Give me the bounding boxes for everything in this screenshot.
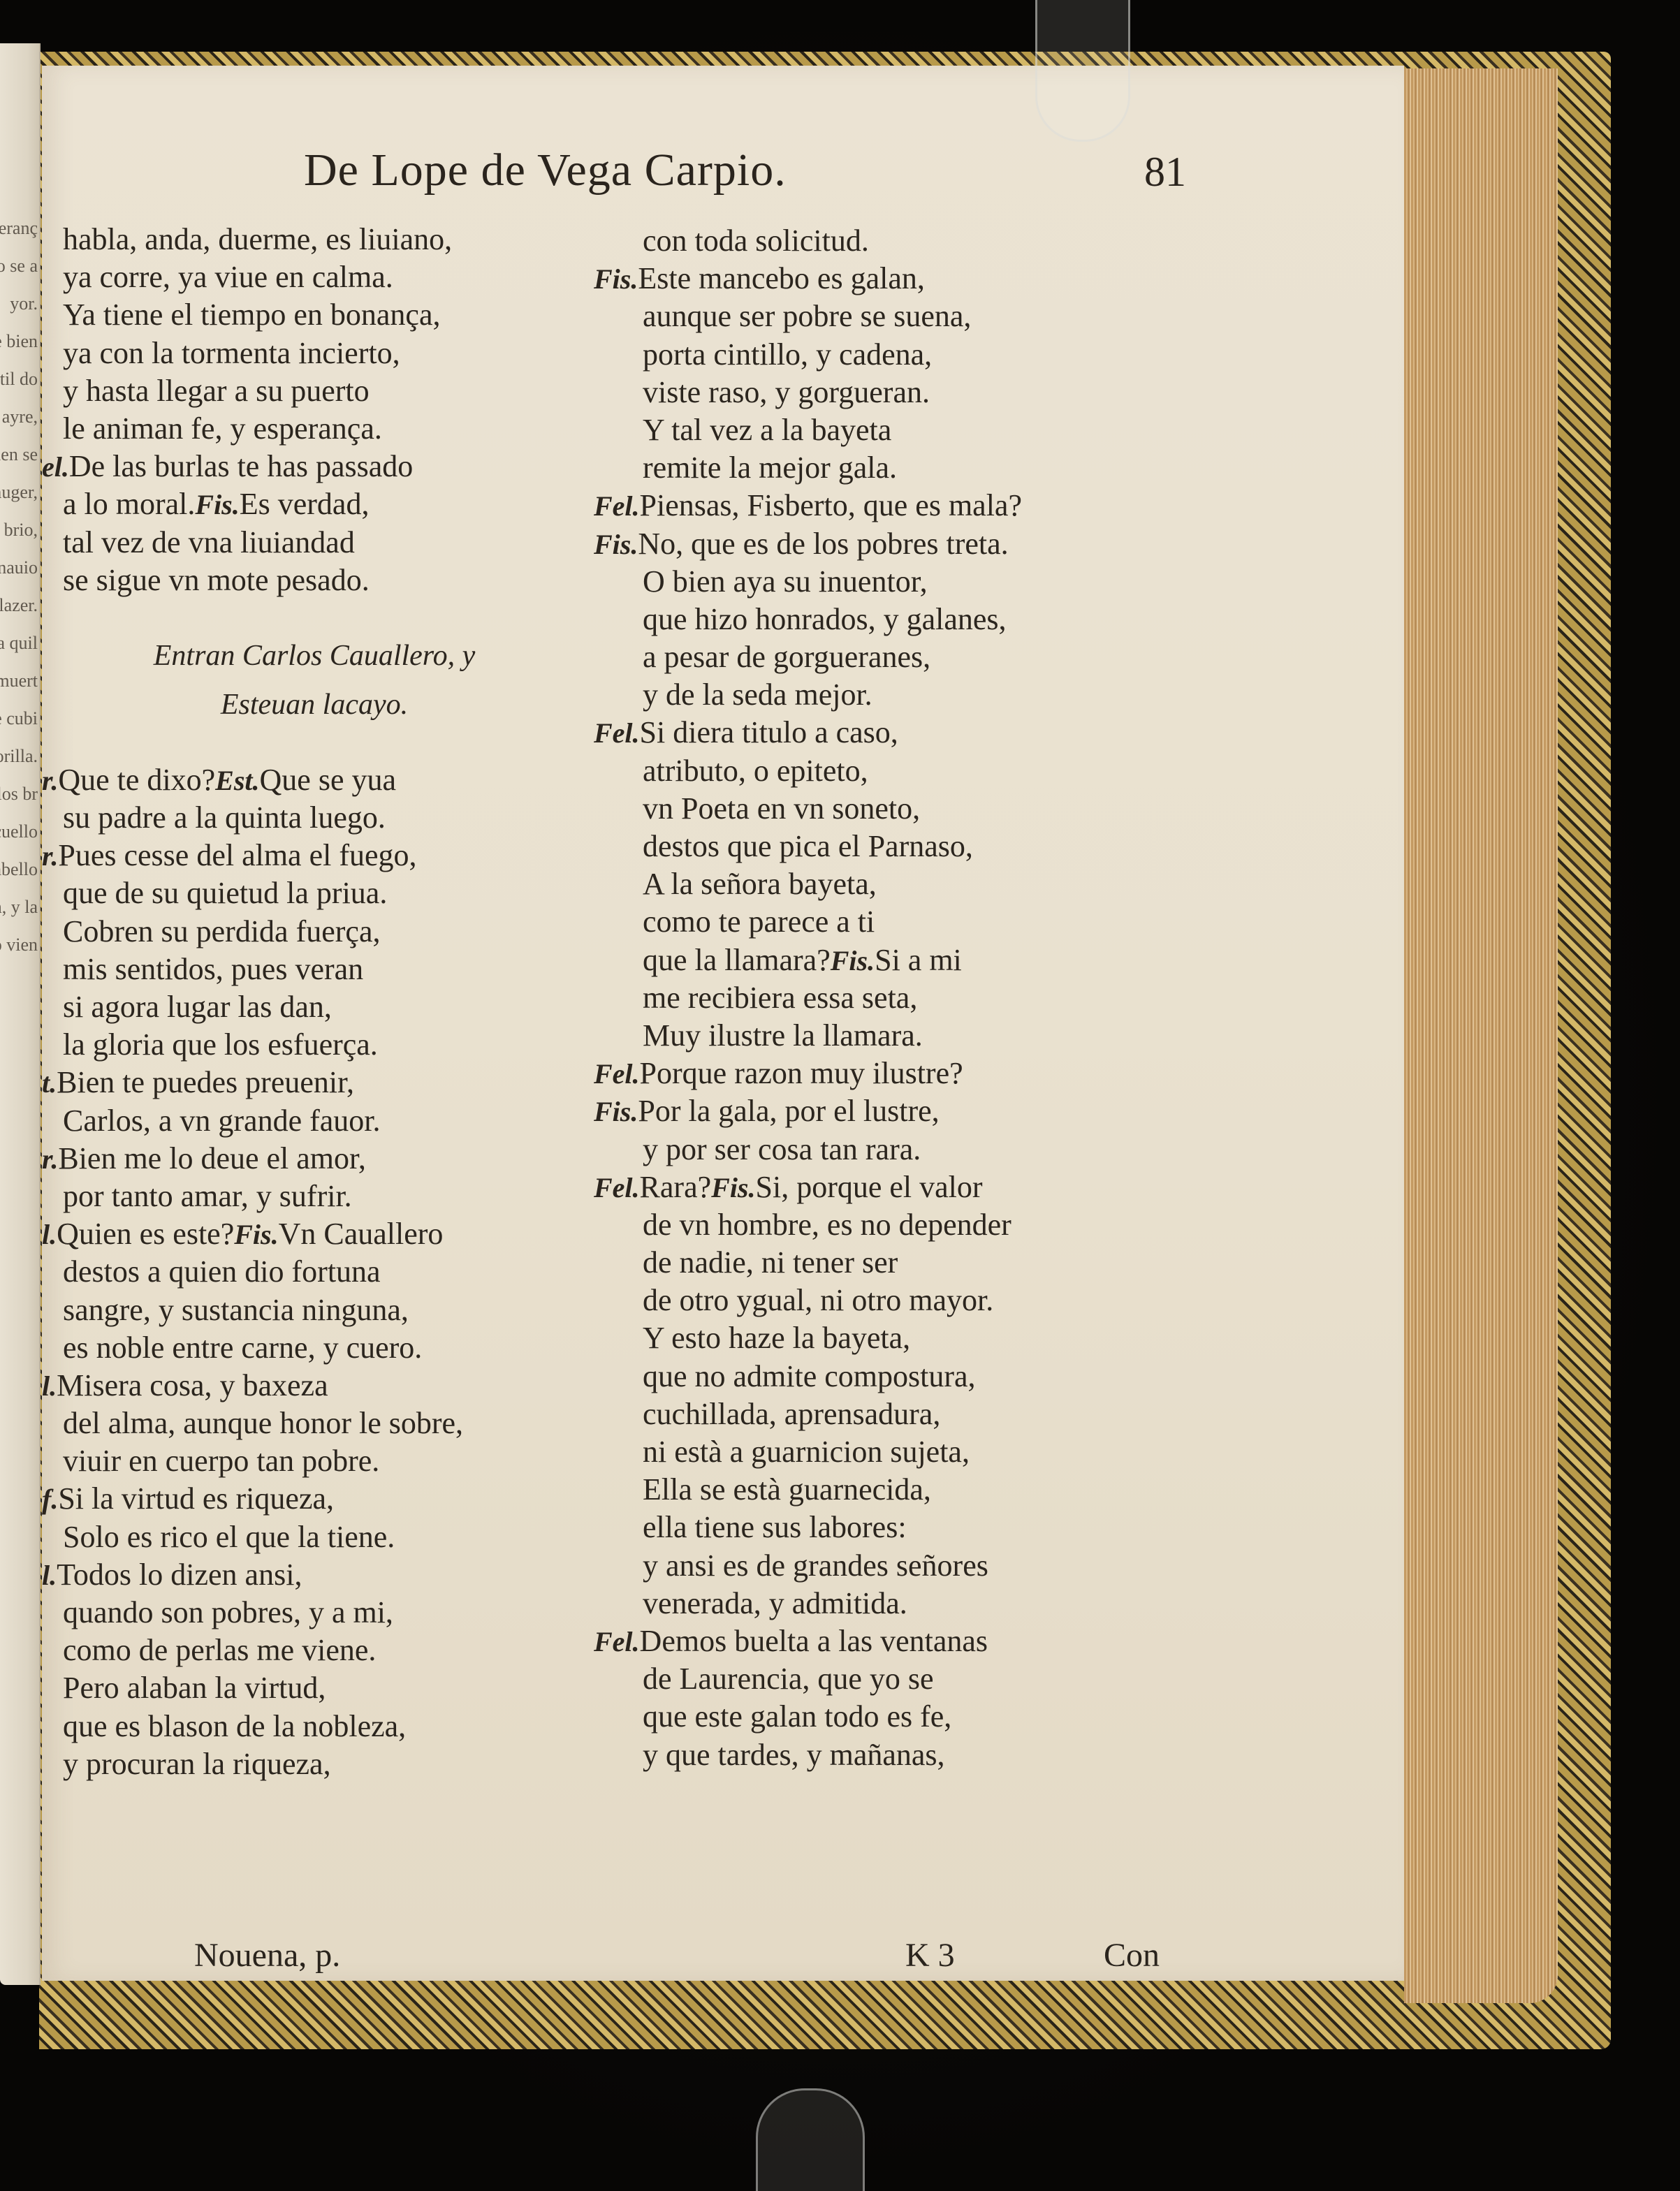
signature-mark: K 3 [905, 1936, 955, 1974]
verse-text: Pero alaban la virtud, [63, 1671, 326, 1705]
verse-text: ya corre, ya viue en calma. [63, 260, 393, 294]
verse-text: por tanto amar, y sufrir. [63, 1179, 352, 1213]
verse-text: Misera cosa, y baxeza [57, 1368, 328, 1402]
verse-line: l.Quien es este?Fis.Vn Cauallero [42, 1215, 587, 1253]
verse-line: Carlos, a vn grande fauor. [42, 1102, 587, 1140]
page-fore-edge [1404, 68, 1558, 2003]
verse-text: Ella se està guarnecida, [643, 1472, 931, 1507]
verse-text: Carlos, a vn grande fauor. [63, 1104, 381, 1138]
verse-line: l.Misera cosa, y baxeza [42, 1367, 587, 1405]
verse-text: Bien me lo deue el amor, [58, 1141, 366, 1175]
previous-page-fragment: re y brio, [0, 520, 38, 541]
verse-text: destos que pica el Parnaso, [643, 829, 973, 863]
speaker-label: t. [42, 1067, 57, 1099]
verse-text: Que se yua [260, 763, 397, 797]
verse-text: ella tiene sus labores: [643, 1510, 907, 1544]
previous-page-fragment: de orilla. [0, 746, 38, 767]
verse-line: destos a quien dio fortuna [42, 1253, 587, 1291]
verse-line: que de su quietud la priua. [42, 874, 587, 912]
previous-page-fragment: speranç [0, 218, 38, 239]
verse-line: como te parece a ti [594, 903, 1167, 941]
verse-text: aunque ser pobre se suena, [643, 299, 971, 333]
verse-text: a pesar de gorgueranes, [643, 640, 930, 674]
verse-text: le animan fe, y esperança. [63, 411, 382, 446]
verse-text: Si la virtud es riqueza, [58, 1481, 334, 1516]
verse-line: Y tal vez a la bayeta [594, 411, 1167, 449]
verse-text: Ya tiene el tiempo en bonança, [63, 298, 440, 332]
verse-text: del alma, aunque honor le sobre, [63, 1406, 463, 1440]
verse-line: destos que pica el Parnaso, [594, 828, 1167, 865]
verse-line: y por ser cosa tan rara. [594, 1131, 1167, 1168]
previous-page-fragment: ras muert [0, 671, 38, 691]
verse-text: Este mancebo es galan, [638, 261, 925, 295]
verse-line: Fis.No, que es de los pobres treta. [594, 525, 1167, 563]
previous-page-fragment: entil do [0, 369, 38, 390]
verse-text: de Laurencia, que yo se [643, 1662, 934, 1696]
right-column: con toda solicitud.Fis.Este mancebo es g… [594, 222, 1167, 1774]
previous-page-fragment: a el cuello [0, 821, 38, 842]
previous-page-fragment: ndo vien [0, 935, 38, 955]
verse-text: que la llamara? [643, 943, 831, 977]
verse-text: remite la mejor gala. [643, 450, 897, 485]
verse-line: es noble entre carne, y cuero. [42, 1329, 587, 1367]
verse-line: A la señora bayeta, [594, 865, 1167, 903]
verse-text: Rara? [640, 1170, 712, 1204]
speaker-label: Fis. [711, 1172, 755, 1203]
verse-line: del alma, aunque honor le sobre, [42, 1405, 587, 1442]
verse-line: viuir en cuerpo tan pobre. [42, 1442, 587, 1480]
verse-text: Y tal vez a la bayeta [643, 413, 891, 447]
verse-line: a pesar de gorgueranes, [594, 638, 1167, 676]
verse-text: Cobren su perdida fuerça, [63, 914, 380, 948]
verse-line: ella tiene sus labores: [594, 1509, 1167, 1546]
verse-text: viuir en cuerpo tan pobre. [63, 1444, 379, 1478]
verse-text: a lo moral. [63, 487, 195, 521]
verse-text: se sigue vn mote pesado. [63, 563, 370, 597]
stage-direction: Esteuan lacayo. [42, 680, 587, 729]
verse-line: vn Poeta en vn soneto, [594, 790, 1167, 828]
previous-page-edge: sperançno se ayor.ue bienentil dos ayre,… [0, 43, 41, 1985]
verse-text: Muy ilustre la llamara. [643, 1018, 923, 1053]
verse-text: Todos lo dizen ansi, [57, 1558, 302, 1592]
verse-line: se sigue vn mote pesado. [42, 562, 587, 599]
verse-text: viste raso, y gorgueran. [643, 375, 930, 409]
verse-text: y hasta llegar a su puerto [63, 374, 370, 408]
verse-line: tal vez de vna liuiandad [42, 524, 587, 562]
verse-line: habla, anda, duerme, es liuiano, [42, 221, 587, 258]
verse-line: Fel.Piensas, Fisberto, que es mala? [594, 487, 1167, 525]
verse-text: venerada, y admitida. [643, 1586, 907, 1620]
verse-text: Si a mi [875, 943, 962, 977]
previous-page-fragment: ol, los br [0, 784, 38, 805]
verse-line: Pero alaban la virtud, [42, 1669, 587, 1707]
speaker-label: l. [42, 1219, 57, 1250]
verse-line: viste raso, y gorgueran. [594, 374, 1167, 411]
verse-text: Bien te puedes preuenir, [57, 1065, 354, 1099]
verse-text: con toda solicitud. [643, 224, 869, 258]
verse-line: aunque ser pobre se suena, [594, 298, 1167, 335]
verse-line: su padre a la quinta luego. [42, 799, 587, 837]
verse-line: ni està a guarnicion sujeta, [594, 1433, 1167, 1471]
verse-line: y hasta llegar a su puerto [42, 372, 587, 410]
speaker-label: r. [42, 765, 58, 796]
verse-text: O bien aya su inuentor, [643, 564, 928, 599]
verse-text: y que tardes, y mañanas, [643, 1738, 945, 1772]
verse-text: A la señora bayeta, [643, 867, 877, 901]
verse-text: la gloria que los esfuerça. [63, 1027, 378, 1062]
verse-line: que este galan todo es fe, [594, 1698, 1167, 1736]
verse-line: quando son pobres, y a mi, [42, 1594, 587, 1632]
verse-line: Muy ilustre la llamara. [594, 1017, 1167, 1055]
verse-text: vn Poeta en vn soneto, [643, 791, 920, 826]
verse-text: cuchillada, aprensadura, [643, 1397, 940, 1431]
verse-line: por tanto amar, y sufrir. [42, 1178, 587, 1215]
speaker-label: Fis. [594, 263, 638, 295]
verse-line: el.De las burlas te has passado [42, 448, 587, 485]
speaker-label: Fis. [594, 529, 638, 560]
verse-text: Y esto haze la bayeta, [643, 1321, 910, 1355]
previous-page-fragment: es la quil [0, 633, 38, 654]
verse-line: con toda solicitud. [594, 222, 1167, 260]
verse-line: Fel.Porque razon muy ilustre? [594, 1055, 1167, 1092]
verse-line: Solo es rico el que la tiene. [42, 1518, 587, 1556]
verse-text: que no admite compostura, [643, 1359, 976, 1393]
verse-text: y procuran la riqueza, [63, 1747, 331, 1781]
previous-page-fragment: cabello [0, 859, 38, 880]
verse-text: tal vez de vna liuiandad [63, 525, 355, 559]
verse-line: cuchillada, aprensadura, [594, 1395, 1167, 1433]
speaker-label: l. [42, 1560, 57, 1591]
previous-page-fragment: s ayre, [0, 406, 38, 427]
previous-page-fragment: que cubi [0, 708, 38, 729]
speaker-label: Fel. [594, 490, 640, 522]
running-title: De Lope de Vega Carpio. [304, 144, 787, 197]
previous-page-fragment: yor. [10, 293, 38, 314]
verse-text: ni està a guarnicion sujeta, [643, 1435, 970, 1469]
verse-text: que este galan todo es fe, [643, 1699, 951, 1734]
verse-text: de otro ygual, ni otro mayor. [643, 1283, 993, 1317]
verse-text: Porque razon muy ilustre? [640, 1056, 963, 1090]
verse-text: Que te dixo? [58, 763, 215, 797]
verse-line: r.Que te dixo?Est.Que se yua [42, 761, 587, 799]
speaker-label: Fel. [594, 1058, 640, 1090]
previous-page-fragment: sion, y la [0, 897, 38, 918]
verse-text: mis sentidos, pues veran [63, 952, 363, 986]
verse-line: remite la mejor gala. [594, 449, 1167, 487]
previous-page-fragment: muger, [0, 482, 38, 503]
verse-line: r.Bien me lo deue el amor, [42, 1140, 587, 1178]
verse-line: la gloria que los esfuerça. [42, 1026, 587, 1064]
verse-text: que de su quietud la priua. [63, 876, 387, 910]
verse-text: sangre, y sustancia ninguna, [63, 1293, 409, 1327]
verse-line: O bien aya su inuentor, [594, 563, 1167, 601]
verse-line: Fel.Si diera titulo a caso, [594, 714, 1167, 752]
verse-text: Si, porque el valor [756, 1170, 983, 1204]
verse-line: ya con la tormenta incierto, [42, 335, 587, 372]
verse-line: atributo, o epiteto, [594, 752, 1167, 790]
speaker-label: Fis. [195, 489, 239, 520]
verse-line: mis sentidos, pues veran [42, 951, 587, 988]
verse-line: que hizo honrados, y galanes, [594, 601, 1167, 638]
catchword: Con [1104, 1936, 1160, 1974]
verse-text: Quien es este? [57, 1217, 234, 1251]
speaker-label: Fis. [234, 1219, 278, 1250]
speaker-label: Fel. [594, 1172, 640, 1203]
verse-text: Solo es rico el que la tiene. [63, 1520, 395, 1554]
verse-line: y de la seda mejor. [594, 676, 1167, 714]
verse-line: que es blason de la nobleza, [42, 1708, 587, 1745]
page-number: 81 [1144, 148, 1186, 196]
verse-text: destos a quien dio fortuna [63, 1254, 381, 1289]
speaker-label: Fis. [831, 945, 875, 976]
direction-line: Nouena, p. [194, 1936, 340, 1974]
verse-line: que la llamara?Fis.Si a mi [594, 941, 1167, 979]
verse-text: me recibiera essa seta, [643, 981, 917, 1015]
verse-text: y por ser cosa tan rara. [643, 1132, 921, 1166]
verse-text: como de perlas me viene. [63, 1633, 376, 1667]
previous-page-fragment: nauio [0, 557, 38, 578]
verse-line: de vn hombre, es no depender [594, 1206, 1167, 1244]
verse-text: ya con la tormenta incierto, [63, 336, 400, 370]
verse-line: a lo moral.Fis.Es verdad, [42, 485, 587, 523]
verse-text: si agora lugar las dan, [63, 990, 332, 1024]
verse-line: r.Pues cesse del alma el fuego, [42, 837, 587, 874]
verse-line: f.Si la virtud es riqueza, [42, 1480, 587, 1518]
speaker-label: Est. [215, 765, 259, 796]
speaker-label: Fel. [594, 1626, 640, 1657]
speaker-label: Fel. [594, 717, 640, 749]
previous-page-fragment: no se a [0, 256, 38, 277]
verse-line: Fel.Demos buelta a las ventanas [594, 1622, 1167, 1660]
verse-text: habla, anda, duerme, es liuiano, [63, 222, 452, 256]
verse-line: ya corre, ya viue en calma. [42, 258, 587, 296]
verse-line: y ansi es de grandes señores [594, 1547, 1167, 1585]
verse-text: Si diera titulo a caso, [640, 715, 898, 749]
verse-line: porta cintillo, y cadena, [594, 336, 1167, 374]
verse-text: quando son pobres, y a mi, [63, 1595, 393, 1629]
verse-text: Es verdad, [240, 487, 370, 521]
verse-text: Demos buelta a las ventanas [640, 1624, 988, 1658]
verse-line: Fis.Este mancebo es galan, [594, 260, 1167, 298]
verse-text: su padre a la quinta luego. [63, 800, 386, 835]
verse-line: Fis.Por la gala, por el lustre, [594, 1092, 1167, 1130]
verse-line: de Laurencia, que yo se [594, 1660, 1167, 1698]
previous-page-fragment: o a plazer. [0, 595, 38, 616]
verse-line: t.Bien te puedes preuenir, [42, 1064, 587, 1101]
verse-line: Y esto haze la bayeta, [594, 1319, 1167, 1357]
verse-line: le animan fe, y esperança. [42, 410, 587, 448]
verse-text: es noble entre carne, y cuero. [63, 1331, 422, 1365]
verse-line: y procuran la riqueza, [42, 1745, 587, 1783]
verse-text: de vn hombre, es no depender [643, 1208, 1011, 1242]
verse-text: De las burlas te has passado [69, 449, 413, 483]
book-weight-clip-top [1035, 0, 1130, 142]
verse-line: Ya tiene el tiempo en bonança, [42, 296, 587, 334]
verse-line: Fel.Rara?Fis.Si, porque el valor [594, 1168, 1167, 1206]
verse-line: de nadie, ni tener ser [594, 1244, 1167, 1282]
verse-text: Piensas, Fisberto, que es mala? [640, 488, 1022, 522]
left-column: habla, anda, duerme, es liuiano,ya corre… [42, 221, 587, 1783]
verse-line: l.Todos lo dizen ansi, [42, 1556, 587, 1594]
verse-text: Por la gala, por el lustre, [638, 1094, 939, 1128]
verse-line: que no admite compostura, [594, 1358, 1167, 1395]
verse-text: Vn Cauallero [279, 1217, 444, 1251]
verse-line: si agora lugar las dan, [42, 988, 587, 1026]
stage-direction: Entran Carlos Cauallero, y [42, 631, 587, 680]
verse-line: me recibiera essa seta, [594, 979, 1167, 1017]
verse-line: de otro ygual, ni otro mayor. [594, 1282, 1167, 1319]
verse-line: Ella se està guarnecida, [594, 1471, 1167, 1509]
speaker-label: f. [42, 1483, 58, 1515]
speaker-label: el. [42, 451, 69, 483]
verse-text: y de la seda mejor. [643, 677, 872, 712]
verse-text: No, que es de los pobres treta. [638, 527, 1008, 561]
verse-line: Cobren su perdida fuerça, [42, 913, 587, 951]
verse-text: como te parece a ti [643, 904, 875, 939]
verse-text: y ansi es de grandes señores [643, 1548, 988, 1583]
verse-line: y que tardes, y mañanas, [594, 1736, 1167, 1774]
verse-text: que es blason de la nobleza, [63, 1709, 406, 1743]
verse-line: como de perlas me viene. [42, 1632, 587, 1669]
verse-line: venerada, y admitida. [594, 1585, 1167, 1622]
speaker-label: l. [42, 1370, 57, 1402]
speaker-label: r. [42, 840, 58, 872]
verse-text: atributo, o epiteto, [643, 754, 868, 788]
verse-line: sangre, y sustancia ninguna, [42, 1291, 587, 1329]
speaker-label: Fis. [594, 1096, 638, 1127]
speaker-label: r. [42, 1143, 58, 1175]
previous-page-fragment: e bien se [0, 444, 38, 465]
book-weight-clip-bottom [756, 2088, 865, 2191]
verse-text: que hizo honrados, y galanes, [643, 602, 1007, 636]
verse-text: de nadie, ni tener ser [643, 1245, 898, 1280]
verse-text: Pues cesse del alma el fuego, [58, 838, 416, 872]
verse-text: porta cintillo, y cadena, [643, 337, 932, 372]
previous-page-fragment: ue bien [0, 331, 38, 352]
